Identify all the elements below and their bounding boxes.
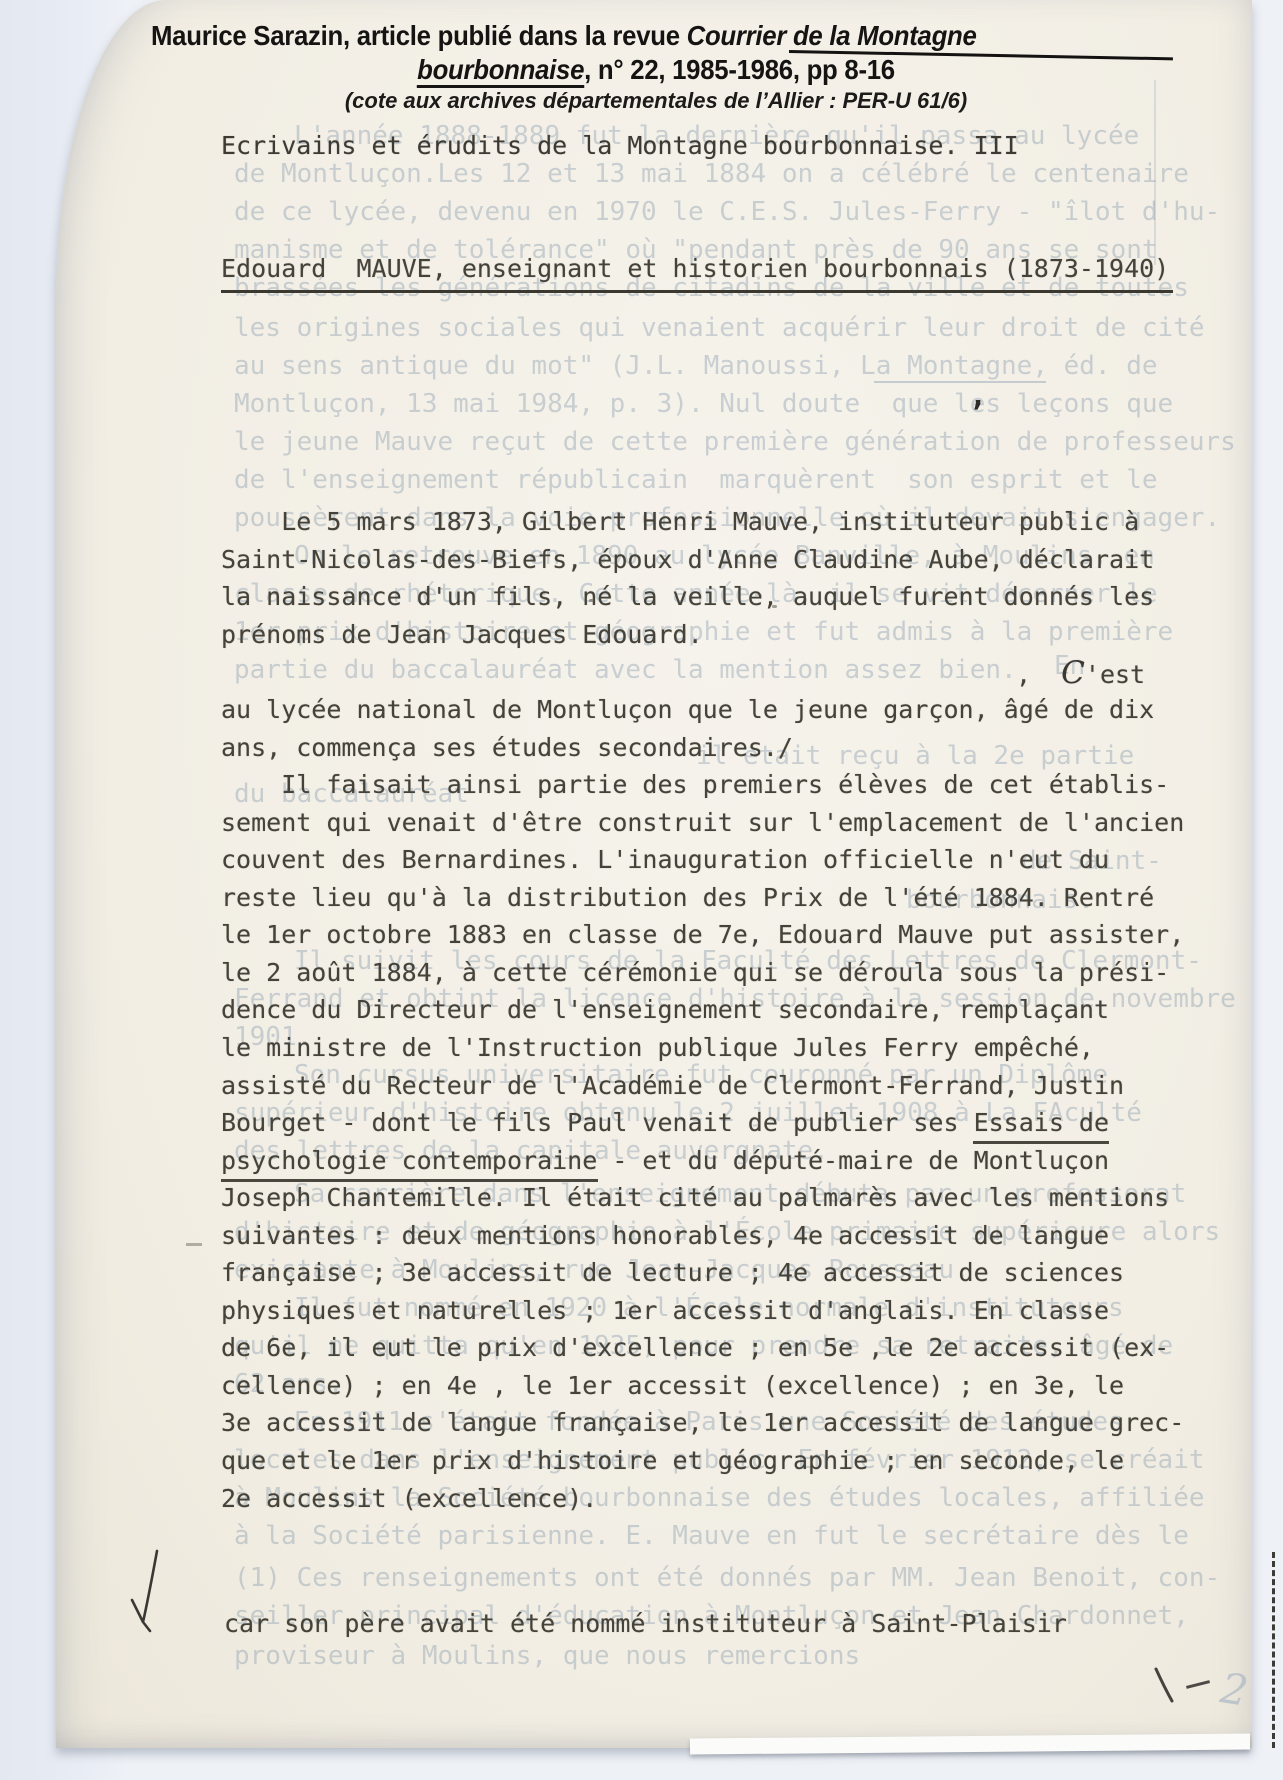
typed-line: assisté du Recteur de l'Académie de Cler… [221,1070,1124,1101]
typed-line: Il faisait ainsi partie des premiers élè… [221,769,1169,800]
typed-line: 3e accessit de langue française, le 1er … [221,1407,1184,1438]
typed-line: suivantes : deux mentions honorables, 4e… [221,1220,1109,1251]
typed-line: de 6e, il eut le prix d'excellence ; en … [221,1332,1169,1363]
typed-line: prénoms de Jean Jacques Edouard. [221,619,703,650]
typed-line: psychologie contemporaine - et du député… [221,1145,1109,1176]
typed-line: Saint-Nicolas-des-Biefs, époux d'Anne Cl… [221,544,1154,575]
cest-rest: 'est [1085,660,1145,689]
header-journal-title: Courrier de la Montagne [687,20,977,51]
handwritten-correction-line: , C'est [1016,655,1145,691]
series-title: Ecrivains et érudits de la Montagne bour… [221,130,1019,161]
ghost-line: à la Société parisienne. E. Mauve en fut… [234,1520,1189,1553]
typed-line: Joseph Chantemille. Il était cité au pal… [221,1182,1169,1213]
ghost-line: de l'enseignement républicain marquèrent… [234,464,1158,497]
typed-line: cellence) ; en 4e , le 1er accessit (exc… [221,1370,1124,1401]
perforation-line [1272,1552,1275,1748]
margin-dash-mark [186,1243,202,1246]
typed-line: ans, commença ses études secondaires./ [221,732,793,763]
underline-essais-de [973,1141,1109,1144]
header-line2: bourbonnaise, n° 22, 1985-1986, pp 8-16 [191,54,1120,86]
ghost-line: de ce lycée, devenu en 1970 le C.E.S. Ju… [234,196,1220,229]
typed-line: Bourget - dont le fils Paul venait de pu… [221,1107,1109,1138]
underline-psychologie [221,1179,598,1182]
ghost-line: les origines sociales qui venaient acqué… [234,312,1205,345]
header-issue-info: , n° 22, 1985-1986, pp 8-16 [584,54,895,85]
cest-capital: C [1061,655,1085,691]
ghost-line: (1) Ces renseignements ont été donnés pa… [234,1562,1220,1595]
typed-line: la naissance d'un fils, né la veille, au… [221,581,1154,612]
header-line1: Maurice Sarazin, article publié dans la … [151,20,977,52]
header-journal-title-cont: bourbonnaise [417,54,584,88]
ghost-line: de Montluçon.Les 12 et 13 mai 1884 on a … [234,158,1189,191]
handwritten-dash-mark [1186,1680,1210,1689]
scanned-document: Maurice Sarazin, article publié dans la … [0,0,1283,1780]
ghost-line: proviseur à Moulins, que nous remercions [234,1640,860,1673]
pencil-numeral: 2 [1217,1663,1251,1716]
ghost-underline-la-montagne [874,381,1046,383]
typed-line: dence du Directeur de l'enseignement sec… [221,994,1109,1025]
header-line1-text: Maurice Sarazin, article publié dans la … [151,20,687,51]
archive-reference: (cote aux archives départementales de l’… [151,88,1161,114]
typed-line: le 2 août 1884, à cette cérémonie qui se… [221,957,1169,988]
ghost-line: Montluçon, 13 mai 1984, p. 3). Nul doute… [234,388,1173,421]
ghost-line: partie du baccalauréat avec la mention a… [234,654,1017,687]
article-heading: Edouard MAUVE, enseignant et historien b… [221,253,1173,293]
ghost-line: le jeune Mauve reçut de cette première g… [234,426,1236,459]
typed-line: reste lieu qu'à la distribution des Prix… [221,882,1154,913]
ghost-line: au sens antique du mot" (J.L. Manoussi, … [234,350,1158,383]
typed-line: française ; 3e accessit de lecture ; 4e … [221,1257,1124,1288]
footnote-line: car son père avait été nommé instituteur… [224,1608,1067,1639]
cest-prefix: , [1016,660,1061,689]
stray-apostrophe-mark: ’ [968,396,986,431]
typed-line: que et le 1er prix d'histoire et géograp… [221,1445,1124,1476]
typed-line: le 1er octobre 1883 en classe de 7e, Edo… [221,919,1184,950]
typed-line: physiques et naturelles ; 1er accessit d… [221,1295,1109,1326]
typed-line: sement qui venait d'être construit sur l… [221,807,1184,838]
typed-line: au lycée national de Montluçon que le je… [221,694,1154,725]
ink-speck [772,605,777,608]
ink-speck [589,599,594,602]
typed-line: 2e accessit (excellence). [221,1483,597,1514]
paper-sheet: Maurice Sarazin, article publié dans la … [56,0,1252,1748]
typed-line: Le 5 mars 1873, Gilbert Henri Mauve, ins… [221,506,1139,537]
typed-line: couvent des Bernardines. L'inauguration … [221,844,1109,875]
typed-line: le ministre de l'Instruction publique Ju… [221,1032,1094,1063]
